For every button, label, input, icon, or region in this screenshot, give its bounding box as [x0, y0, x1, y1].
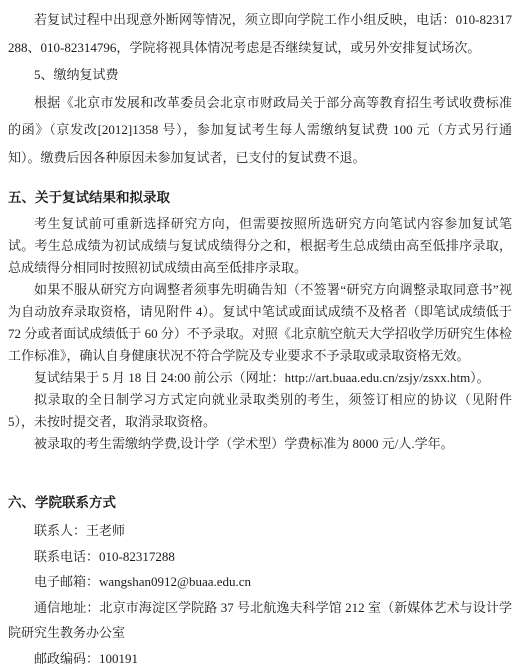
contact-email-line: 电子邮箱：wangshan0912@buaa.edu.cn	[8, 569, 512, 595]
paragraph-agreement-rule: 拟录取的全日制学习方式定向就业录取类别的考生，须签订相应的协议（见附件 5），未…	[8, 389, 512, 433]
contact-person-value: 王老师	[86, 523, 125, 538]
section-heading-five: 五、关于复试结果和拟录取	[8, 186, 512, 210]
paragraph-fee-standard: 根据《北京市发展和改革委员会北京市财政局关于部分高等教育招生考试收费标准的函》（…	[8, 89, 512, 172]
contact-phone-label: 联系电话：	[34, 549, 99, 564]
contact-email-label: 电子邮箱：	[34, 574, 99, 589]
contact-person-label: 联系人：	[34, 523, 86, 538]
contact-postal-label: 邮政编码：	[34, 651, 99, 666]
paragraph-total-score-rule: 考生复试前可重新选择研究方向，但需要按照所选研究方向笔试内容参加复试笔试。考生总…	[8, 213, 512, 279]
paragraph-direction-adjust-rule: 如果不服从研究方向调整者须事先明确告知（不签署“研究方向调整录取同意书”视为自动…	[8, 279, 512, 367]
contact-phone-line: 联系电话：010-82317288	[8, 544, 512, 570]
contact-address-line: 通信地址：北京市海淀区学院路 37 号北航逸夫科学馆 212 室（新媒体艺术与设…	[8, 595, 512, 646]
contact-postal-line: 邮政编码：100191	[8, 646, 512, 668]
contact-postal-value: 100191	[99, 651, 138, 666]
paragraph-tuition: 被录取的考生需缴纳学费,设计学（学术型）学费标准为 8000 元/人.学年。	[8, 433, 512, 455]
document-page: 若复试过程中出现意外断网等情况，须立即向学院工作小组反映，电话：010-8231…	[0, 0, 520, 668]
contact-person-line: 联系人：王老师	[8, 518, 512, 544]
subheading-pay-fee: 5、缴纳复试费	[8, 61, 512, 89]
contact-address-label: 通信地址：	[34, 600, 99, 615]
paragraph-network-issue: 若复试过程中出现意外断网等情况，须立即向学院工作小组反映，电话：010-8231…	[8, 6, 512, 61]
paragraph-result-announce-url: 复试结果于 5 月 18 日 24:00 前公示（网址：http://art.b…	[8, 367, 512, 389]
contact-email-value: wangshan0912@buaa.edu.cn	[99, 574, 251, 589]
section-heading-six: 六、学院联系方式	[8, 491, 512, 515]
contact-phone-value: 010-82317288	[99, 549, 175, 564]
